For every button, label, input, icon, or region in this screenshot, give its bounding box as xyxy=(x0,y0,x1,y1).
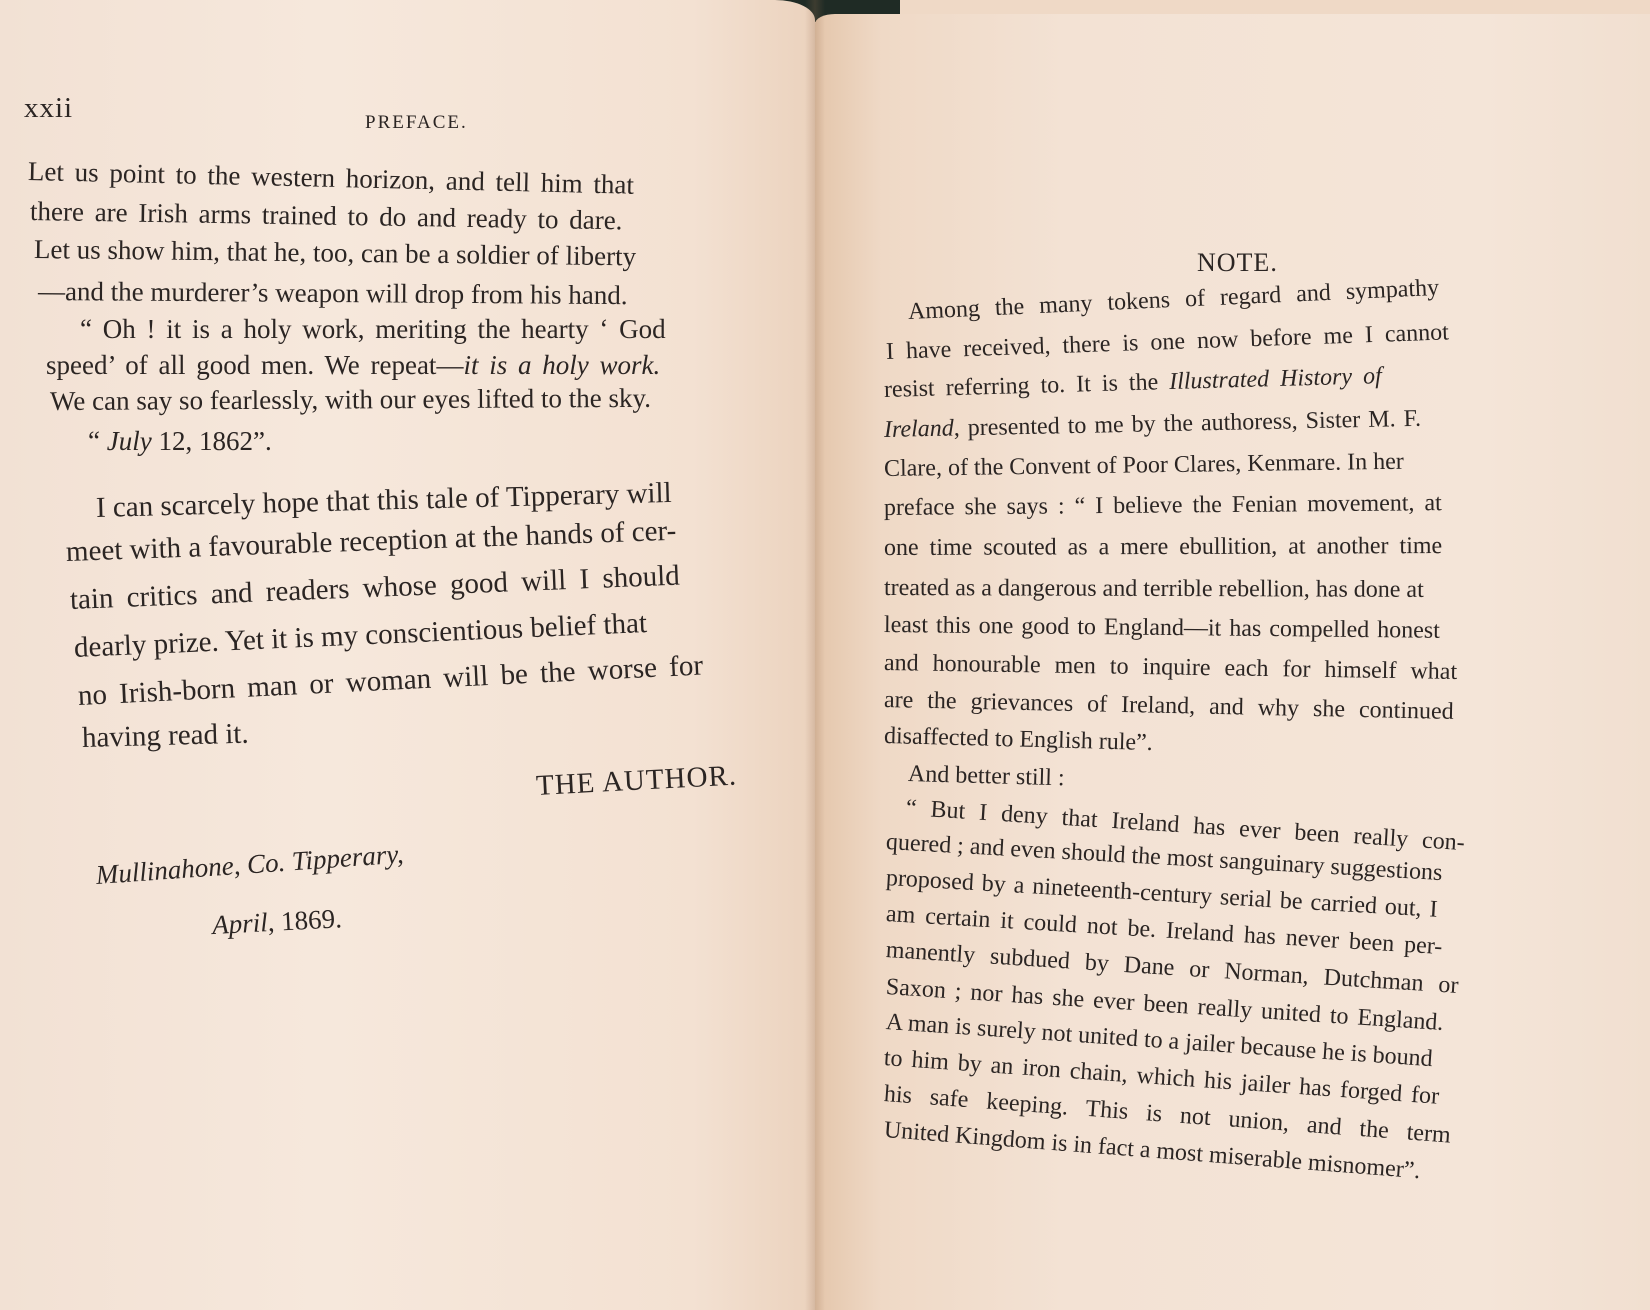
text-line: dearly prize. Yet it is my conscientious… xyxy=(73,609,647,663)
text-line: there are Irish arms trained to do and r… xyxy=(30,198,623,234)
signature: THE AUTHOR. xyxy=(535,760,738,803)
italic-span: Ireland xyxy=(884,416,954,443)
text-line: treated as a dangerous and terrible rebe… xyxy=(884,576,1424,602)
italic-span: it is a holy work. xyxy=(463,350,660,380)
text-line: no Irish-born man or woman will be the w… xyxy=(77,651,703,711)
quote-date: “ July 12, 1862”. xyxy=(88,428,272,455)
left-page: xxii PREFACE. Let us point to the wester… xyxy=(0,0,815,1310)
text-line: meet with a favourable reception at the … xyxy=(65,517,676,567)
text-line: We can say so fearlessly, with our eyes … xyxy=(50,385,651,415)
text-line: preface she says : “ I believe the Fenia… xyxy=(884,491,1442,520)
text-line: And better still : xyxy=(908,762,1065,790)
text-line: I can scarcely hope that this tale of Ti… xyxy=(96,479,672,523)
italic-span: April xyxy=(211,907,268,940)
text-line: —and the murderer’s weapon will drop fro… xyxy=(38,278,628,309)
book-spine xyxy=(805,0,825,1310)
text-span: , 1869. xyxy=(267,903,343,937)
text-line: tain critics and readers whose good will… xyxy=(69,562,680,615)
text-line: least this one good to England—it has co… xyxy=(884,613,1440,643)
text-span: “ xyxy=(88,426,107,456)
note-title: NOTE. xyxy=(1197,248,1278,278)
italic-span: July xyxy=(107,426,152,456)
text-line: one time scouted as a mere ebullition, a… xyxy=(884,534,1442,560)
running-head: PREFACE. xyxy=(365,112,468,134)
text-line: speed’ of all good men. We repeat—it is … xyxy=(46,352,660,379)
text-span: speed’ of all good men. We repeat— xyxy=(46,350,463,380)
text-line: Let us show him, that he, too, can be a … xyxy=(34,236,636,270)
text-span: 12, 1862”. xyxy=(152,426,272,456)
place-line: Mullinahone, Co. Tipperary, xyxy=(95,839,405,891)
text-line: Let us point to the western horizon, and… xyxy=(28,158,635,199)
date-line: April, 1869. xyxy=(211,903,342,941)
text-line: “ Oh ! it is a holy work, meriting the h… xyxy=(80,316,666,343)
page-number: xxii xyxy=(24,92,73,125)
text-line: having read it. xyxy=(82,720,249,753)
